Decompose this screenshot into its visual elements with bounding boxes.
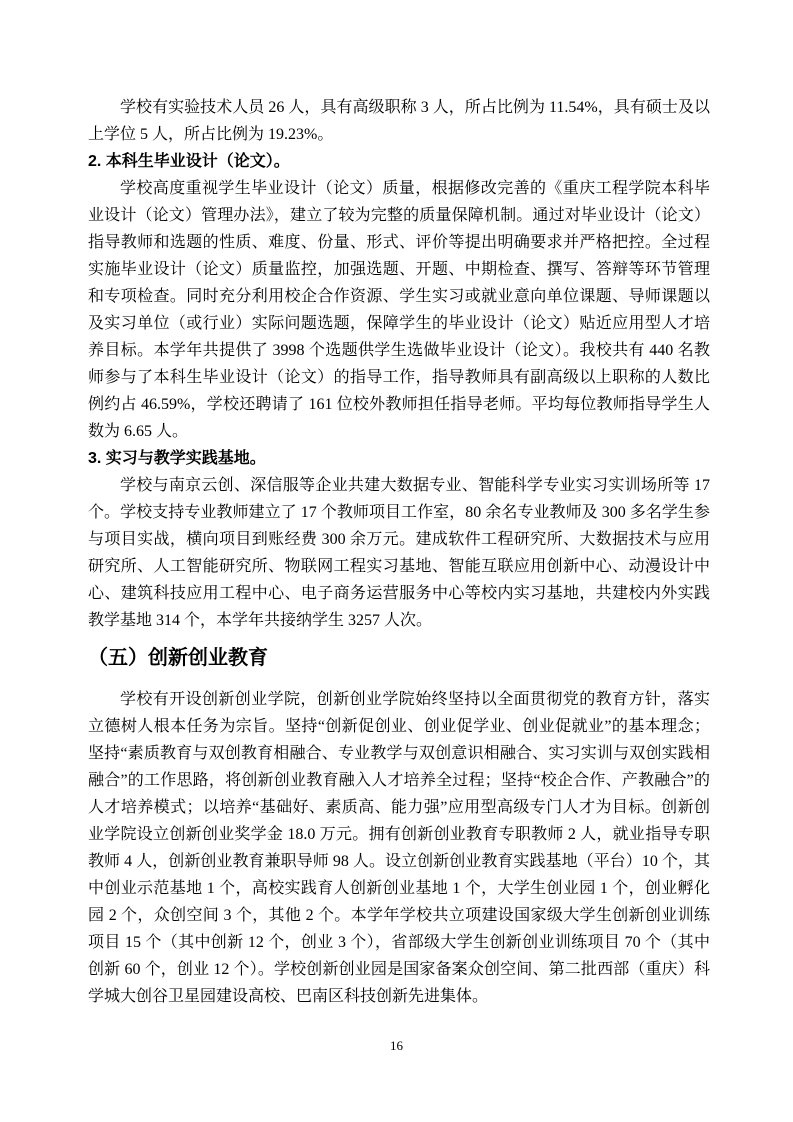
paragraph-lab-staff: 学校有实验技术人员 26 人，具有高级职称 3 人，所占比例为 11.54%，具… bbox=[88, 94, 710, 148]
paragraph-graduation-design: 学校高度重视学生毕业设计（论文）质量，根据修改完善的《重庆工程学院本科毕业设计（… bbox=[88, 175, 710, 445]
subsection-heading-practice-bases: 3. 实习与教学实践基地。 bbox=[88, 445, 710, 472]
section-heading-innovation-education: （五）创新创业教育 bbox=[88, 644, 710, 672]
paragraph-innovation-education: 学校有开设创新创业学院，创新创业学院始终坚持以全面贯彻党的教育方针，落实立德树人… bbox=[88, 686, 710, 1010]
document-page: 学校有实验技术人员 26 人，具有高级职称 3 人，所占比例为 11.54%，具… bbox=[0, 0, 793, 1122]
paragraph-practice-bases: 学校与南京云创、深信服等企业共建大数据专业、智能科学专业实习实训场所等 17 个… bbox=[88, 472, 710, 634]
page-number: 16 bbox=[0, 1038, 793, 1054]
document-content: 学校有实验技术人员 26 人，具有高级职称 3 人，所占比例为 11.54%，具… bbox=[88, 94, 710, 1010]
subsection-heading-graduation-design: 2. 本科生毕业设计（论文）。 bbox=[88, 148, 710, 175]
